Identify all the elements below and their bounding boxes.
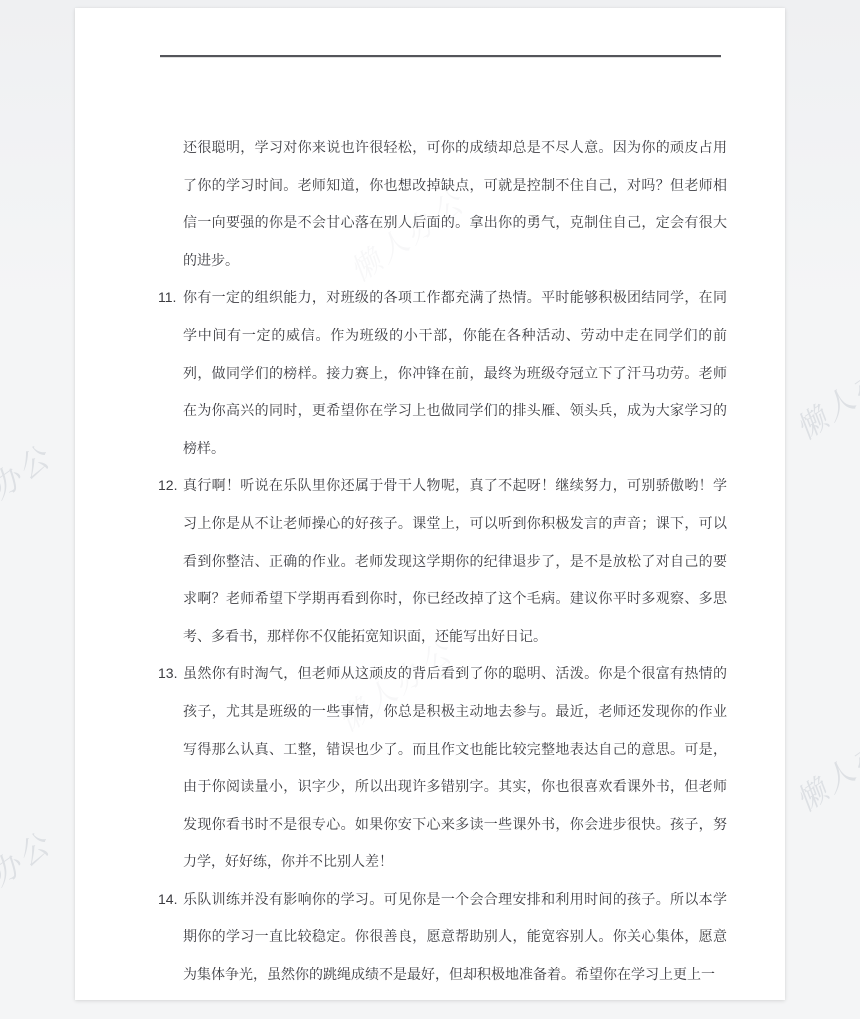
paragraph-text: 真行啊！听说在乐队里你还属于骨干人物呢，真了不起呀！继续努力，可别骄傲哟！学习上…: [183, 467, 727, 655]
list-number: 11.: [158, 279, 183, 317]
list-number: 12.: [158, 467, 183, 505]
watermark-text: 懒人办公: [785, 708, 860, 820]
paragraph-text: 乐队训练并没有影响你的学习。可见你是一个会合理安排和利用时间的孩子。所以本学期你…: [183, 881, 727, 994]
list-item: 13. 虽然你有时淘气，但老师从这顽皮的背后看到了你的聪明、活泼。你是个很富有热…: [158, 655, 727, 881]
list-number: 14.: [158, 881, 183, 919]
document-viewer-canvas: 还很聪明，学习对你来说也许很轻松，可你的成绩却总是不尽人意。因为你的顽皮占用了你…: [0, 0, 860, 1019]
watermark-text: 懒人办公: [0, 820, 59, 932]
list-item: 还很聪明，学习对你来说也许很轻松，可你的成绩却总是不尽人意。因为你的顽皮占用了你…: [158, 129, 727, 279]
list-item: 12. 真行啊！听说在乐队里你还属于骨干人物呢，真了不起呀！继续努力，可别骄傲哟…: [158, 467, 727, 655]
list-number: 13.: [158, 655, 183, 693]
list-item: 11. 你有一定的组织能力，对班级的各项工作都充满了热情。平时能够积极团结同学，…: [158, 279, 727, 467]
header-rule: [160, 55, 721, 57]
paragraph-text: 你有一定的组织能力，对班级的各项工作都充满了热情。平时能够积极团结同学，在同学中…: [183, 279, 727, 467]
document-body: 还很聪明，学习对你来说也许很轻松，可你的成绩却总是不尽人意。因为你的顽皮占用了你…: [158, 129, 727, 994]
paragraph-text: 还很聪明，学习对你来说也许很轻松，可你的成绩却总是不尽人意。因为你的顽皮占用了你…: [183, 129, 727, 279]
watermark-text: 懒人办公: [785, 336, 860, 448]
watermark-text: 懒人办公: [0, 433, 59, 545]
list-item: 14. 乐队训练并没有影响你的学习。可见你是一个会合理安排和利用时间的孩子。所以…: [158, 881, 727, 994]
paragraph-text: 虽然你有时淘气，但老师从这顽皮的背后看到了你的聪明、活泼。你是个很富有热情的孩子…: [183, 655, 727, 881]
document-page: 还很聪明，学习对你来说也许很轻松，可你的成绩却总是不尽人意。因为你的顽皮占用了你…: [75, 8, 785, 1000]
